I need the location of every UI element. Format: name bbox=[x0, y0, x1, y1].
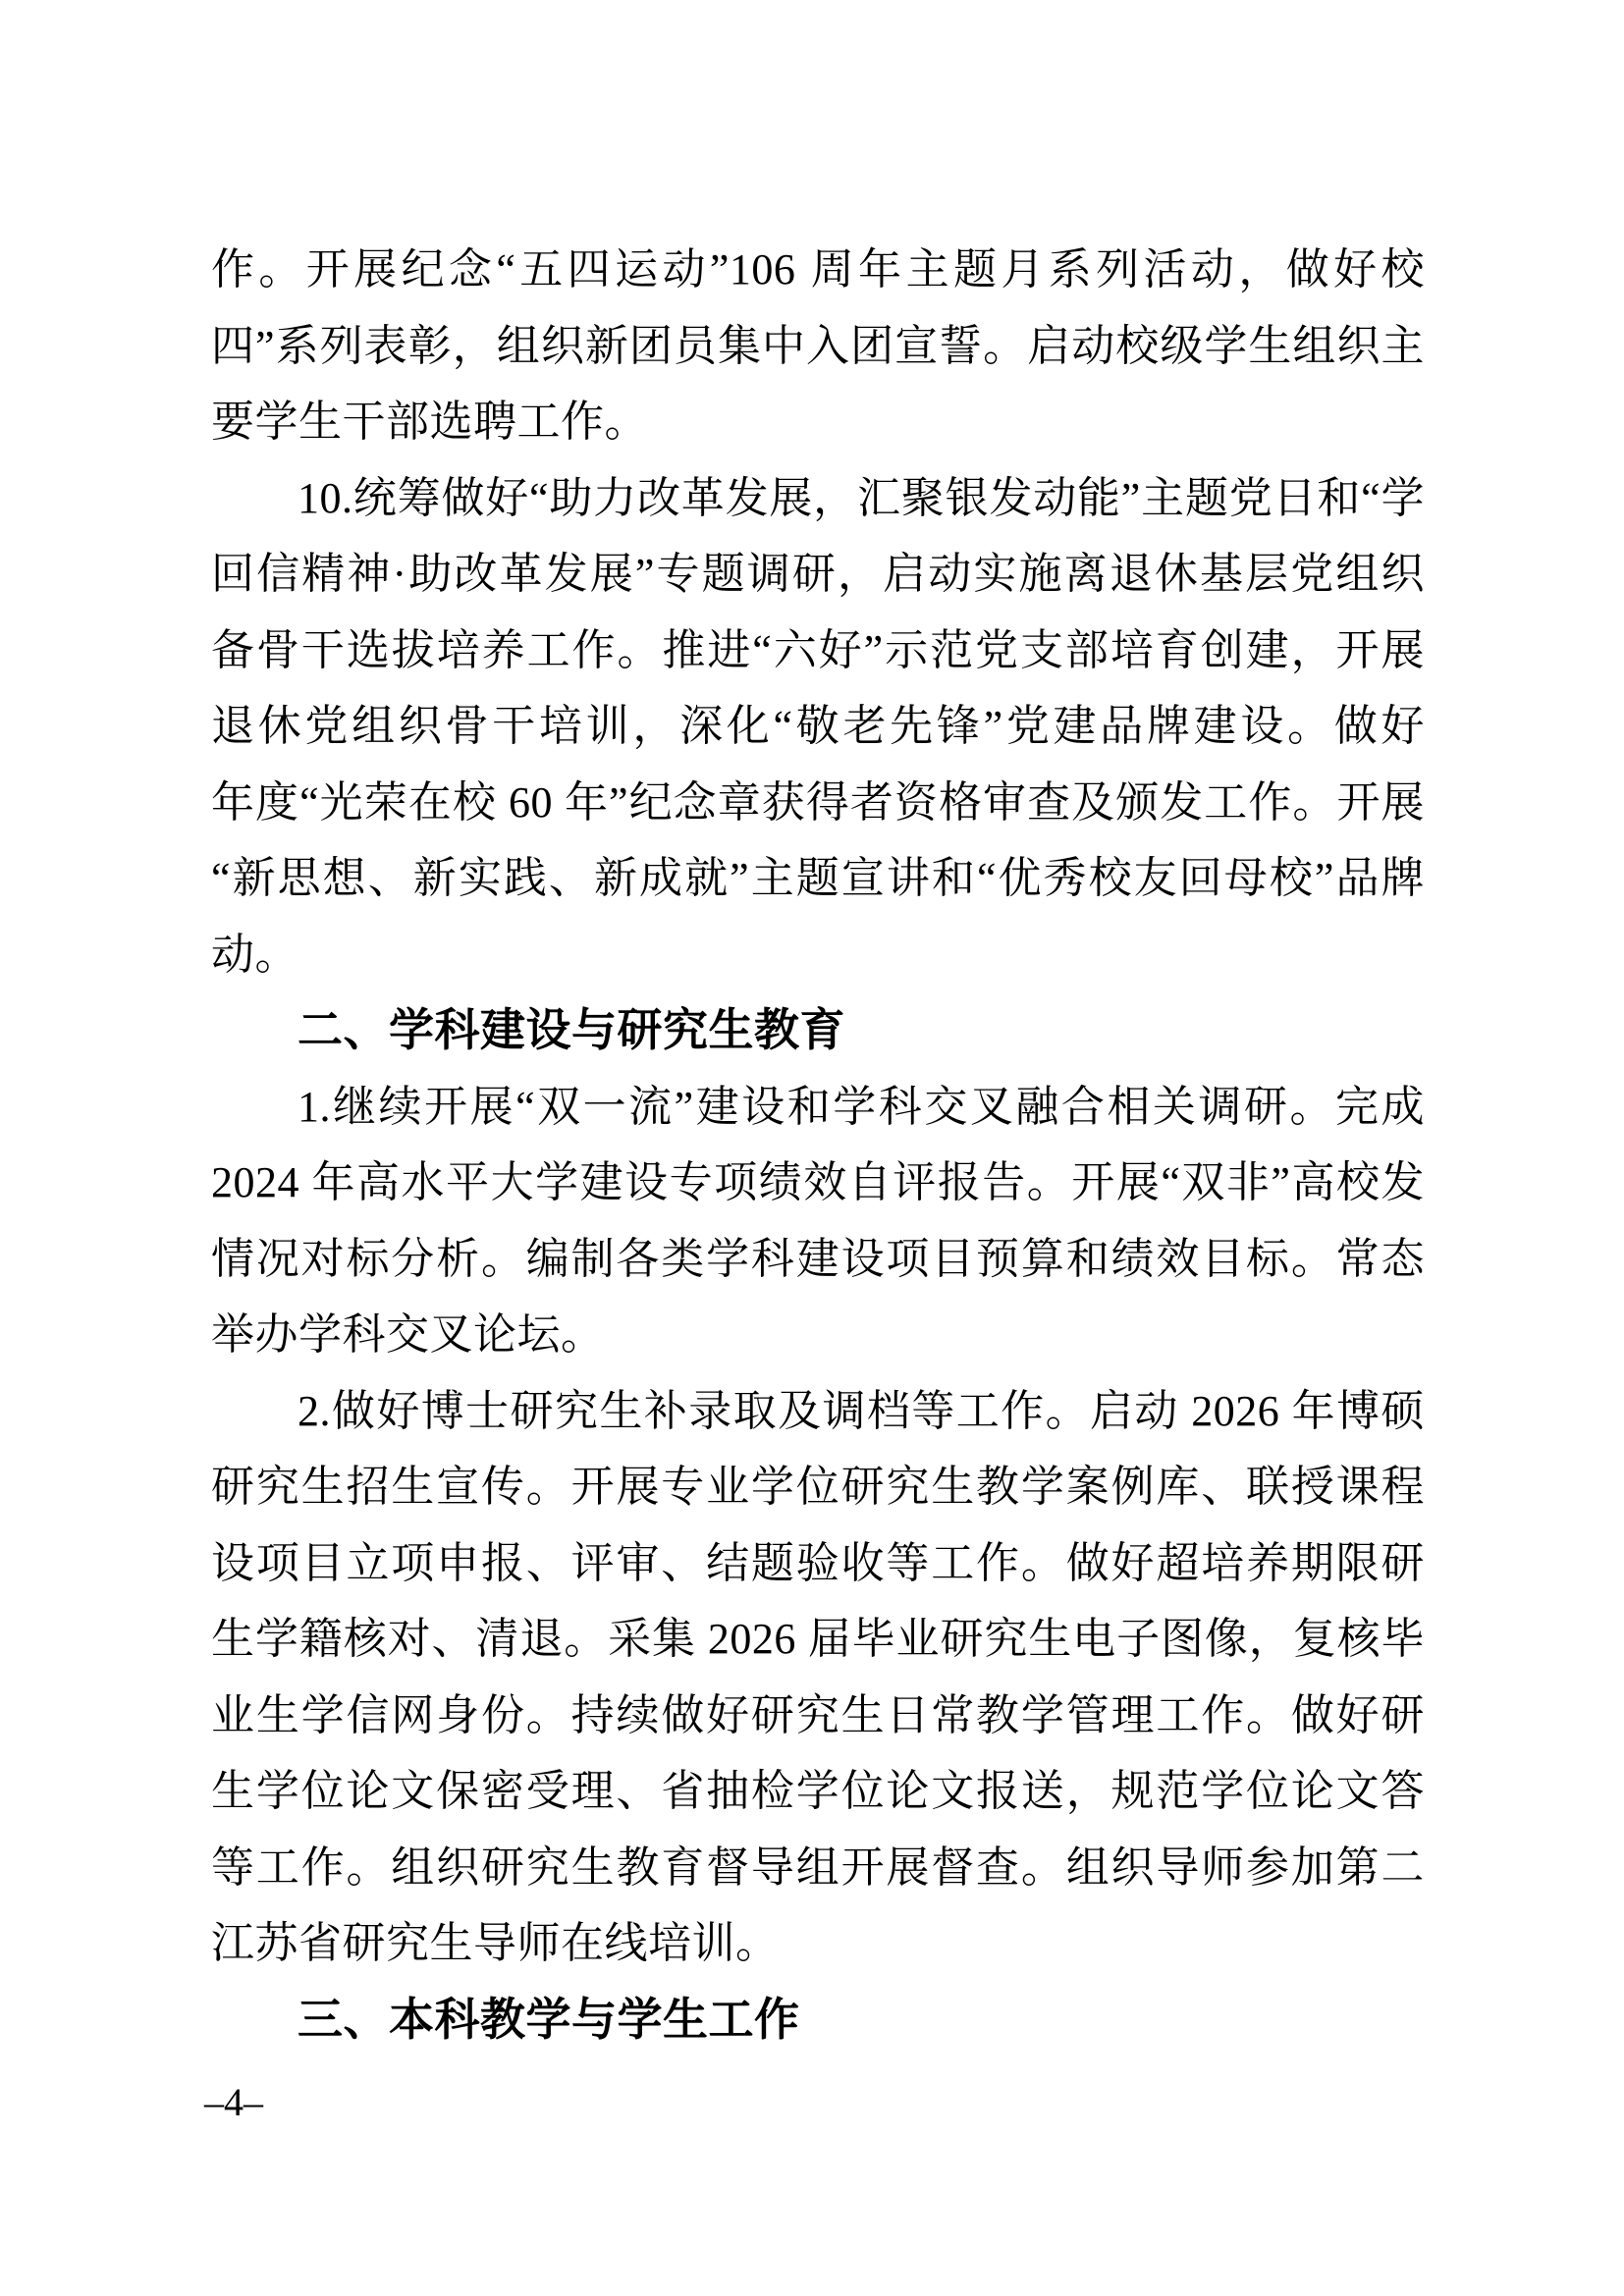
paragraph-10-start: 10.统筹做好“助力改革发展，汇聚银发动能”主题党日和“学 bbox=[211, 460, 1425, 537]
body-line: 要学生干部选聘工作。 bbox=[211, 384, 1425, 460]
body-line: 退休党组织骨干培训，深化“敬老先锋”党建品牌建设。做好 2025 bbox=[211, 688, 1425, 765]
body-line: 设项目立项申报、评审、结题验收等工作。做好超培养期限研究 bbox=[211, 1525, 1425, 1602]
body-line: “新思想、新实践、新成就”主题宣讲和“优秀校友回母校”品牌活 bbox=[211, 840, 1425, 917]
body-line: 研究生招生宣传。开展专业学位研究生教学案例库、联授课程建 bbox=[211, 1449, 1425, 1525]
document-page: 作。开展纪念“五四运动”106 周年主题月系列活动，做好校级“五 四”系列表彰，… bbox=[0, 0, 1624, 2296]
page-number: –4– bbox=[204, 2079, 263, 2126]
body-line: 备骨干选拔培养工作。推进“六好”示范党支部培育创建，开展离 bbox=[211, 613, 1425, 689]
section-heading-3: 三、本科教学与学生工作 bbox=[211, 1982, 1425, 2058]
body-line: 业生学信网身份。持续做好研究生日常教学管理工作。做好研究 bbox=[211, 1678, 1425, 1754]
document-body: 作。开展纪念“五四运动”106 周年主题月系列活动，做好校级“五 四”系列表彰，… bbox=[211, 232, 1425, 2057]
body-line: 情况对标分析。编制各类学科建设项目预算和绩效目标。常态化 bbox=[211, 1221, 1425, 1298]
body-line: 生学籍核对、清退。采集 2026 届毕业研究生电子图像，复核毕 bbox=[211, 1601, 1425, 1678]
body-line: 举办学科交叉论坛。 bbox=[211, 1297, 1425, 1373]
paragraph-1-start: 1.继续开展“双一流”建设和学科交叉融合相关调研。完成 bbox=[211, 1069, 1425, 1146]
body-line: 作。开展纪念“五四运动”106 周年主题月系列活动，做好校级“五 bbox=[211, 232, 1425, 308]
body-line: 四”系列表彰，组织新团员集中入团宣誓。启动校级学生组织主 bbox=[211, 308, 1425, 385]
section-heading-2: 二、学科建设与研究生教育 bbox=[211, 992, 1425, 1069]
body-line: 回信精神·助改革发展”专题调研，启动实施离退休基层党组织后 bbox=[211, 536, 1425, 613]
paragraph-2-start: 2.做好博士研究生补录取及调档等工作。启动 2026 年博硕士 bbox=[211, 1373, 1425, 1450]
body-line: 2024 年高水平大学建设专项绩效自评报告。开展“双非”高校发展 bbox=[211, 1145, 1425, 1221]
body-line: 年度“光荣在校 60 年”纪念章获得者资格审查及颁发工作。开展 bbox=[211, 765, 1425, 841]
body-line: 等工作。组织研究生教育督导组开展督查。组织导师参加第二期 bbox=[211, 1830, 1425, 1906]
body-line: 江苏省研究生导师在线培训。 bbox=[211, 1905, 1425, 1982]
body-line: 动。 bbox=[211, 917, 1425, 993]
body-line: 生学位论文保密受理、省抽检学位论文报送，规范学位论文答辩 bbox=[211, 1753, 1425, 1830]
